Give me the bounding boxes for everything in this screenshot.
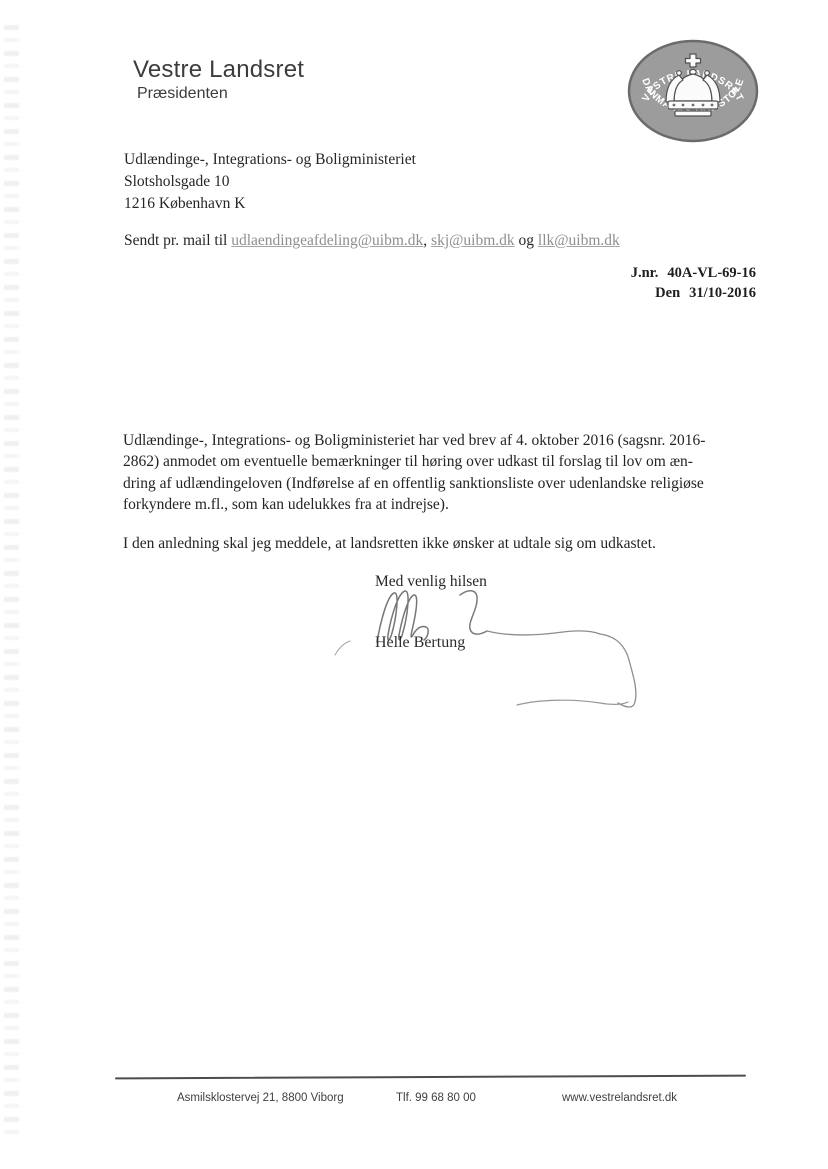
letterhead: Vestre Landsret Præsidenten <box>133 57 304 103</box>
email-link-skj[interactable]: skj@uibm.dk <box>431 232 515 249</box>
footer-address: Asmilsklostervej 21, 8800 Viborg <box>177 1092 344 1104</box>
recipient-line: Udlændinge-, Integrations- og Boligminis… <box>124 149 416 171</box>
sent-prefix: Sendt pr. mail til <box>124 232 231 249</box>
body-line: Udlændinge-, Integrations- og Boligminis… <box>123 430 705 451</box>
date-label: Den <box>655 285 680 301</box>
reference-block: J.nr.40A-VL-69-16 Den31/10-2016 <box>560 264 756 303</box>
sent-via-line: Sendt pr. mail til udlaendingeafdeling@u… <box>124 232 620 250</box>
body-line: dring af udlændingeloven (Indførelse af … <box>123 473 705 494</box>
sent-separator: , <box>423 232 431 249</box>
signatory-name: Helle Bertung <box>375 634 465 652</box>
email-link-udlaendingeafdeling[interactable]: udlaendingeafdeling@uibm.dk <box>231 232 423 249</box>
jnr-label: J.nr. <box>631 265 659 281</box>
org-subtitle: Præsidenten <box>133 85 304 103</box>
recipient-line: 1216 København K <box>124 193 416 215</box>
date-value: 31/10-2016 <box>689 285 756 301</box>
signature-handwriting <box>328 586 658 721</box>
footer-phone: Tlf. 99 68 80 00 <box>396 1092 476 1104</box>
body-paragraph-2: I den anledning skal jeg meddele, at lan… <box>123 533 656 554</box>
sent-separator: og <box>515 232 538 249</box>
scanned-letter-page: Vestre Landsret Præsidenten VESTRE LANDS… <box>0 0 828 1169</box>
footer-divider <box>115 1075 746 1080</box>
date-row: Den31/10-2016 <box>560 284 756 304</box>
scan-artifact-strip <box>4 25 19 1140</box>
body-line: forkyndere m.fl., som kan udelukkes fra … <box>123 494 705 515</box>
recipient-line: Slotsholsgade 10 <box>124 171 416 193</box>
email-link-llk[interactable]: llk@uibm.dk <box>538 232 620 249</box>
journal-number-row: J.nr.40A-VL-69-16 <box>560 264 756 284</box>
footer-website: www.vestrelandsret.dk <box>562 1092 677 1104</box>
recipient-address-block: Udlændinge-, Integrations- og Boligminis… <box>124 149 416 215</box>
org-name: Vestre Landsret <box>133 57 304 83</box>
jnr-value: 40A-VL-69-16 <box>667 265 756 281</box>
body-paragraph-1: Udlændinge-, Integrations- og Boligminis… <box>123 430 705 515</box>
vestre-landsret-seal: VESTRE LANDSRET DANMARKS DOMSTOLE <box>627 38 759 144</box>
body-line: 2862) anmodet om eventuelle bemærkninger… <box>123 451 705 472</box>
